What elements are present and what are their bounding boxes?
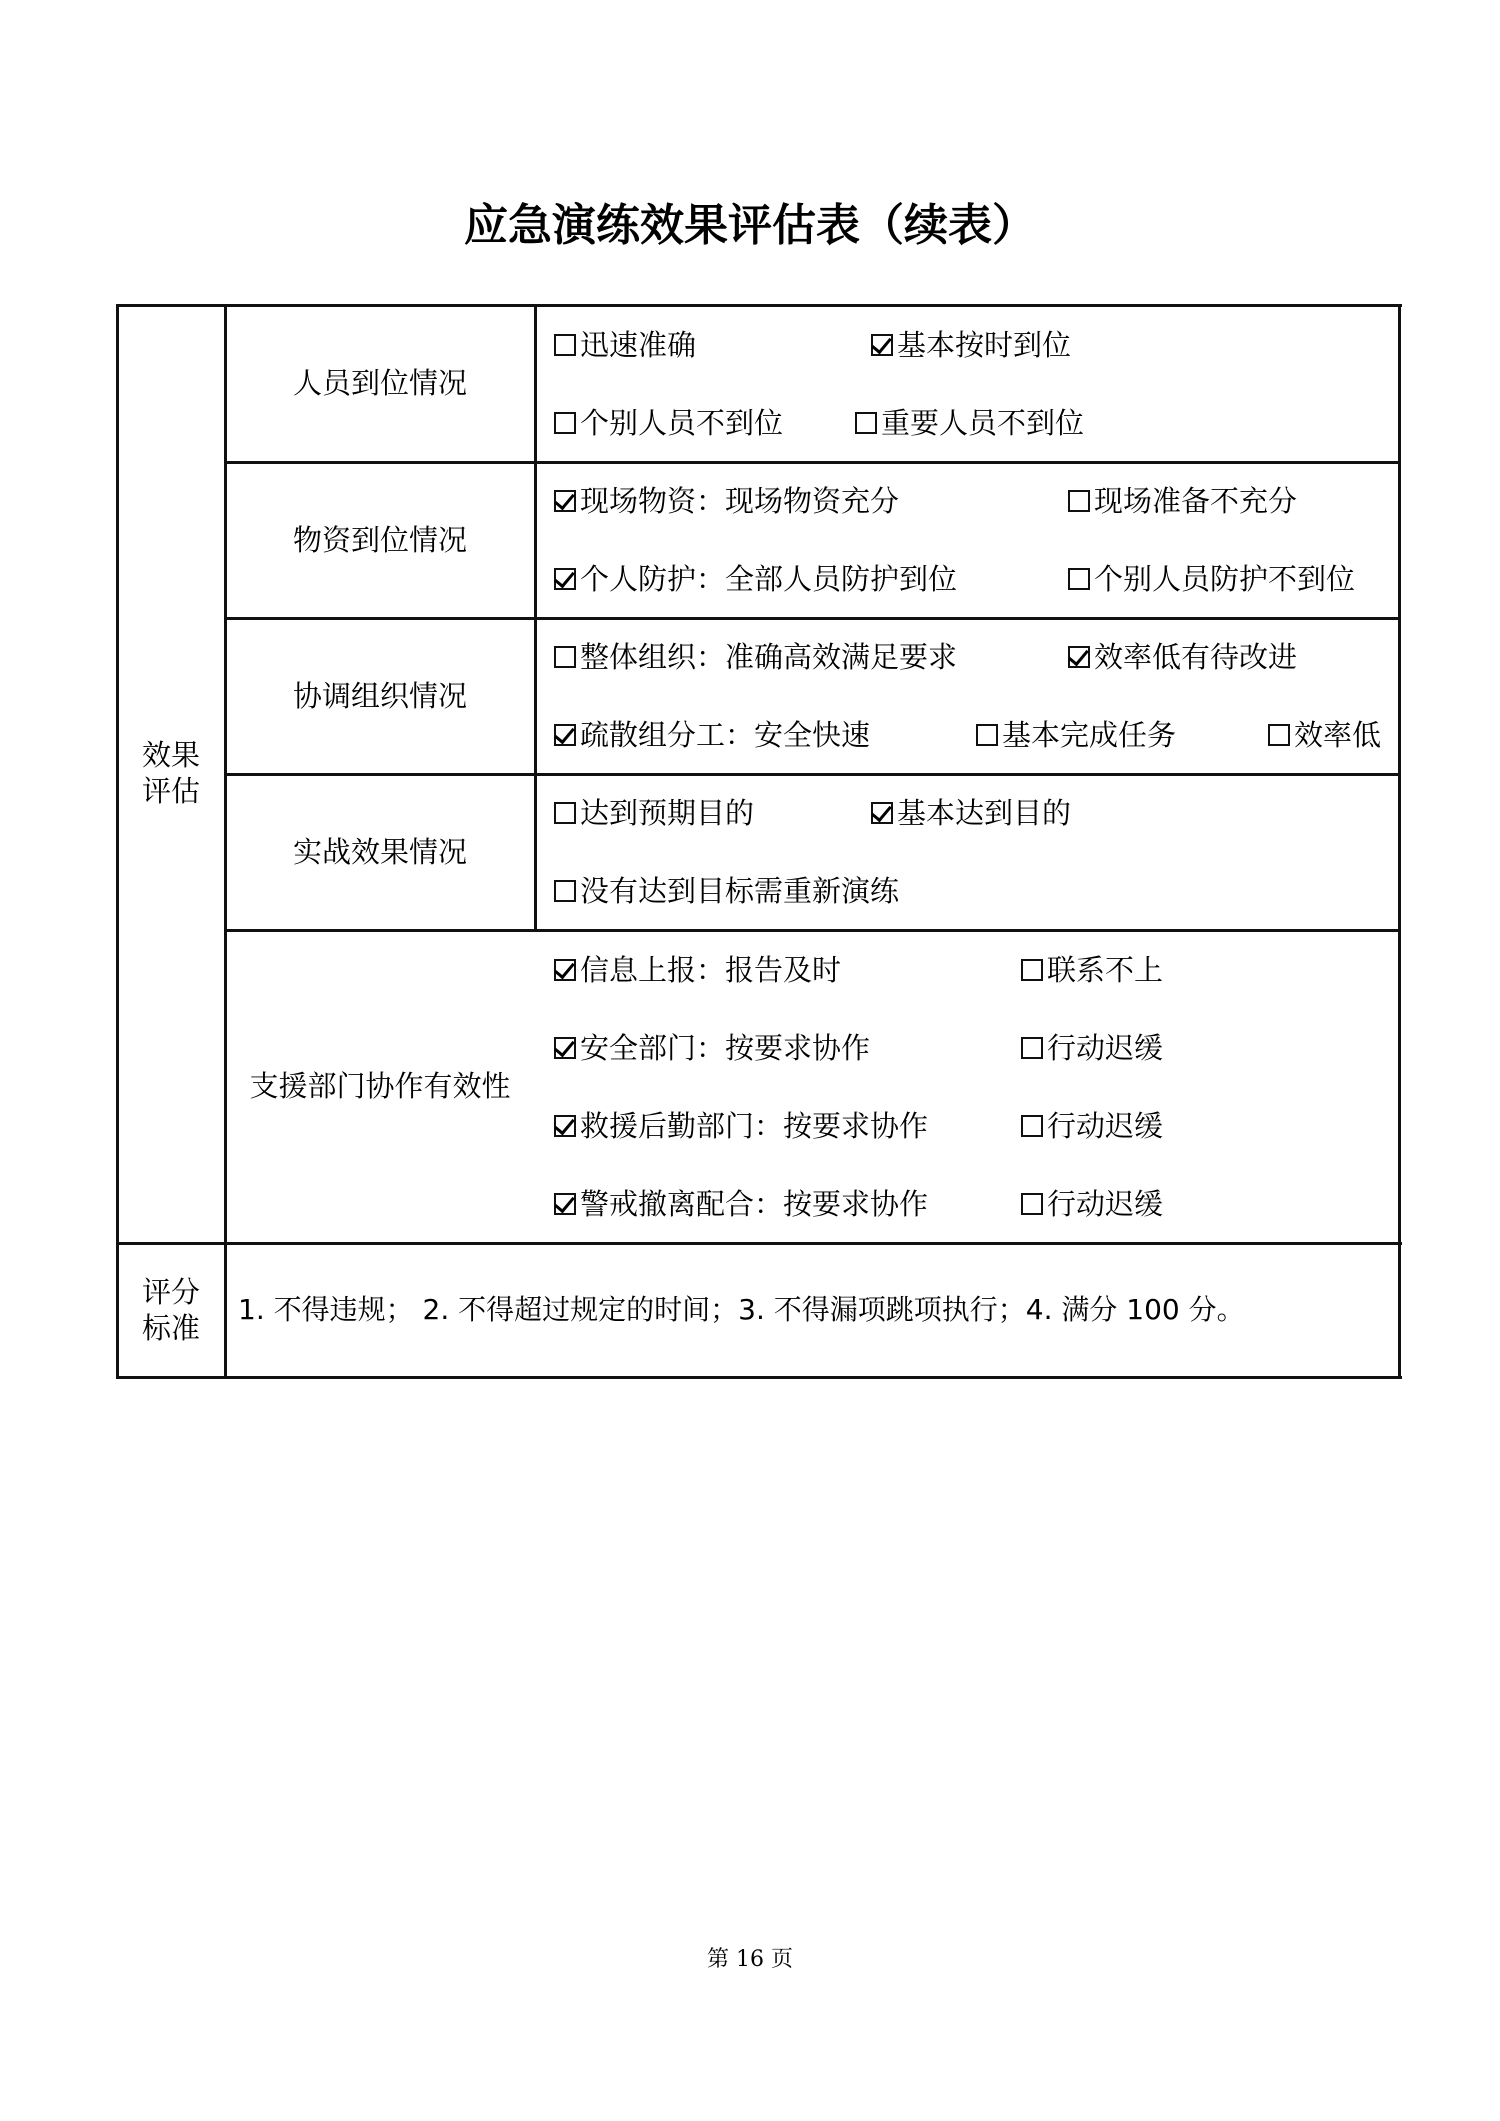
scoring-criteria-text: 1. 不得违规； 2. 不得超过规定的时间；3. 不得漏项跳项执行；4. 满分 …	[238, 1292, 1245, 1328]
row-divider-2	[224, 617, 1401, 620]
option-onsite-materials-sufficient[interactable]: 现场物资：现场物资充分	[554, 483, 899, 519]
row-divider-1	[224, 461, 1401, 464]
checkbox-checked-icon[interactable]	[554, 1037, 576, 1059]
option-task-basically-done[interactable]: 基本完成任务	[976, 717, 1176, 753]
row-label-materials: 物资到位情况	[293, 522, 467, 558]
option-info-report-timely[interactable]: 信息上报：报告及时	[554, 952, 841, 988]
option-goal-basically-achieved[interactable]: 基本达到目的	[871, 795, 1071, 831]
checkbox-checked-icon[interactable]	[554, 568, 576, 590]
checkbox-checked-icon[interactable]	[554, 724, 576, 746]
option-rapid-accurate[interactable]: 迅速准确	[554, 327, 696, 363]
option-cordon-evacuation-slow[interactable]: 行动迟缓	[1021, 1186, 1163, 1222]
option-evacuation-safe-fast[interactable]: 疏散组分工：安全快速	[554, 717, 870, 753]
scoring-criteria-label: 评分 标准	[142, 1274, 200, 1346]
option-goal-not-met-redrill[interactable]: 没有达到目标需重新演练	[554, 873, 899, 909]
checkbox-icon[interactable]	[855, 412, 877, 434]
checkbox-checked-icon[interactable]	[1068, 646, 1090, 668]
checkbox-checked-icon[interactable]	[554, 959, 576, 981]
checkbox-checked-icon[interactable]	[871, 334, 893, 356]
row-label-personnel: 人员到位情况	[293, 365, 467, 401]
option-onsite-prep-insufficient[interactable]: 现场准备不充分	[1068, 483, 1297, 519]
checkbox-icon[interactable]	[1268, 724, 1290, 746]
row-divider-4	[224, 929, 1401, 932]
checkbox-icon[interactable]	[554, 802, 576, 824]
checkbox-checked-icon[interactable]	[554, 1115, 576, 1137]
option-some-absent[interactable]: 个别人员不到位	[554, 405, 783, 441]
checkbox-icon[interactable]	[1068, 568, 1090, 590]
checkbox-icon[interactable]	[1021, 1115, 1043, 1137]
row-divider-scoring	[117, 1242, 1402, 1245]
option-low-efficiency[interactable]: 效率低	[1268, 717, 1381, 753]
checkbox-icon[interactable]	[976, 724, 998, 746]
checkbox-icon[interactable]	[554, 880, 576, 902]
option-safety-dept-cooperates[interactable]: 安全部门：按要求协作	[554, 1030, 870, 1066]
row-divider-3	[224, 773, 1401, 776]
option-rescue-logistics-cooperates[interactable]: 救援后勤部门：按要求协作	[554, 1108, 928, 1144]
table-border-right	[1398, 304, 1401, 1379]
table-border-left	[116, 304, 119, 1379]
option-expected-goal-achieved[interactable]: 达到预期目的	[554, 795, 754, 831]
row-label-coordination: 协调组织情况	[293, 678, 467, 714]
option-protection-some-missing[interactable]: 个别人员防护不到位	[1068, 561, 1355, 597]
page-number: 第 16 页	[0, 1945, 1500, 1975]
option-key-absent[interactable]: 重要人员不到位	[855, 405, 1084, 441]
checkbox-icon[interactable]	[554, 646, 576, 668]
option-rescue-logistics-slow[interactable]: 行动迟缓	[1021, 1108, 1163, 1144]
checkbox-checked-icon[interactable]	[871, 802, 893, 824]
row-label-support-departments: 支援部门协作有效性	[249, 1068, 510, 1104]
option-cordon-evacuation-cooperates[interactable]: 警戒撤离配合：按要求协作	[554, 1186, 928, 1222]
page-title: 应急演练效果评估表（续表）	[0, 196, 1500, 256]
section-label-effect-evaluation: 效果 评估	[142, 737, 200, 809]
checkbox-icon[interactable]	[1021, 1037, 1043, 1059]
option-overall-org-efficient[interactable]: 整体组织：准确高效满足要求	[554, 639, 957, 675]
option-unreachable[interactable]: 联系不上	[1021, 952, 1163, 988]
option-basically-on-time[interactable]: 基本按时到位	[871, 327, 1071, 363]
table-border-bottom	[117, 1376, 1402, 1379]
checkbox-icon[interactable]	[554, 334, 576, 356]
checkbox-icon[interactable]	[1021, 959, 1043, 981]
checkbox-checked-icon[interactable]	[554, 490, 576, 512]
checkbox-icon[interactable]	[1068, 490, 1090, 512]
column-divider-1	[224, 304, 227, 1379]
option-safety-dept-slow[interactable]: 行动迟缓	[1021, 1030, 1163, 1066]
row-label-actual-effect: 实战效果情况	[293, 834, 467, 870]
option-protection-all-in-place[interactable]: 个人防护：全部人员防护到位	[554, 561, 957, 597]
checkbox-icon[interactable]	[1021, 1193, 1043, 1215]
checkbox-icon[interactable]	[554, 412, 576, 434]
table-border-top	[117, 304, 1402, 307]
checkbox-checked-icon[interactable]	[554, 1193, 576, 1215]
option-low-efficiency-improve[interactable]: 效率低有待改进	[1068, 639, 1297, 675]
